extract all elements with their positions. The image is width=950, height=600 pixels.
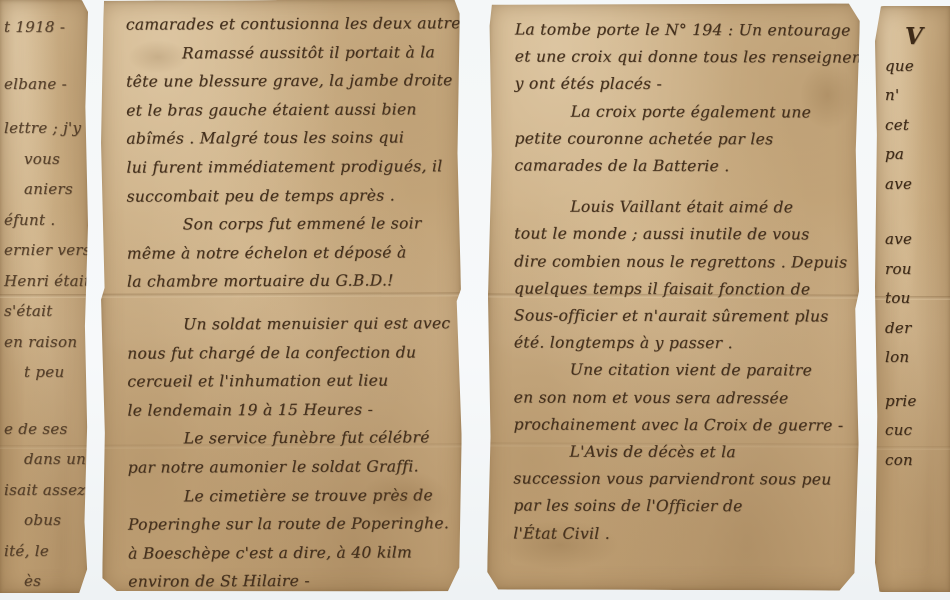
- handwritten-line: ernier vers: [4, 235, 88, 266]
- handwritten-line: quelques temps il faisait fonction de: [514, 275, 851, 303]
- handwritten-line: rou: [885, 255, 950, 285]
- handwritten-line: par notre aumonier le soldat Graffi.: [128, 452, 452, 482]
- handwritten-line: succession vous parviendront sous peu: [513, 466, 850, 494]
- handwritten-line: Une citation vient de paraitre: [514, 357, 851, 385]
- handwritten-line: dire combien nous le regrettons . Depuis: [514, 248, 851, 276]
- handwritten-line: en son nom et vous sera adressée: [514, 384, 851, 412]
- letter-page-two: camarades et contusionna les deux autres…: [100, 0, 463, 593]
- handwritten-line: tout le monde ; aussi inutile de vous: [514, 221, 851, 249]
- handwritten-line: aniers: [4, 174, 88, 205]
- handwritten-line: éfunt .: [4, 205, 88, 236]
- handwritten-line: camarades de la Batterie .: [514, 153, 851, 181]
- handwritten-line: nous fut chargé de la confection du: [127, 338, 451, 368]
- handwritten-line: elbane -: [4, 69, 88, 100]
- handwritten-line: Le service funèbre fut célébré: [128, 424, 452, 454]
- handwritten-line: cuc: [885, 416, 950, 446]
- handwritten-line: petite couronne achetée par les: [514, 125, 851, 153]
- handwritten-line: dans une: [4, 444, 88, 475]
- handwritten-line: la chambre mortuaire du G.B.D.!: [127, 267, 451, 297]
- handwritten-line: Ramassé aussitôt il portait à la: [126, 38, 450, 68]
- letter-page-three: La tombe porte le N° 194 : Un entouragee…: [487, 2, 860, 590]
- letter-page-left-cropped: t 1918 -elbane -lettre ; j'yvousanierséf…: [0, 0, 88, 593]
- handwritten-line: ité, le: [4, 536, 88, 567]
- handwritten-line: lon: [885, 343, 950, 373]
- handwritten-line: Poperinghe sur la route de Poperinghe.: [128, 509, 452, 539]
- handwritten-line: y ont étés placés -: [515, 71, 852, 99]
- handwritten-line: Son corps fut emmené le soir: [127, 209, 451, 239]
- handwritten-line: La tombe porte le N° 194 : Un entourage: [515, 17, 852, 45]
- handwritten-text-block: camarades et contusionna les deux autres…: [100, 0, 463, 597]
- handwritten-line: succombait peu de temps après .: [127, 181, 451, 211]
- handwritten-line: Le cimetière se trouve près de: [128, 481, 452, 511]
- handwritten-line: prochainement avec la Croix de guerre -: [514, 411, 851, 439]
- handwritten-line: par les soins de l'Officier de: [513, 493, 850, 521]
- handwritten-line: camarades et contusionna les deux autres…: [126, 9, 450, 39]
- handwritten-line: con: [885, 446, 950, 476]
- handwritten-line: Louis Vaillant était aimé de: [514, 194, 851, 222]
- handwritten-line: V: [885, 22, 950, 52]
- handwritten-line: der: [885, 314, 950, 344]
- handwritten-line: lettre ; j'y: [4, 113, 88, 144]
- handwritten-line: cercueil et l'inhumation eut lieu: [127, 366, 451, 396]
- handwritten-line: La croix porte également une: [515, 98, 852, 126]
- letter-page-right-cropped: Vquen'cetpaaveaveroutouderlonpriecuccon: [875, 6, 950, 592]
- handwritten-line: Henri était: [4, 266, 88, 297]
- handwritten-line: Un soldat menuisier qui est avec: [127, 309, 451, 339]
- handwritten-line: lui furent immédiatement prodigués, il: [126, 152, 450, 182]
- handwritten-line: que: [885, 52, 950, 82]
- handwritten-line: n': [885, 81, 950, 111]
- handwritten-line: Sous-officier et n'aurait sûrement plus: [514, 303, 851, 331]
- handwritten-line: obus: [4, 505, 88, 536]
- handwritten-line: et une croix qui donne tous les renseign…: [515, 44, 852, 72]
- handwritten-line: abîmés . Malgré tous les soins qui: [126, 124, 450, 154]
- handwritten-line: t 1918 -: [4, 12, 88, 43]
- handwritten-line: prie: [885, 387, 950, 417]
- handwritten-text-block: La tombe porte le N° 194 : Un entouragee…: [487, 2, 860, 548]
- handwritten-line: tête une blessure grave, la jambe droite: [126, 66, 450, 96]
- handwritten-line: pa: [885, 140, 950, 170]
- handwritten-line: cet: [885, 111, 950, 141]
- handwritten-line: et le bras gauche étaient aussi bien: [126, 95, 450, 125]
- handwritten-line: à Boeschèpe c'est a dire, à 40 kilm: [128, 538, 452, 568]
- handwritten-line: environ de St Hilaire -: [128, 567, 452, 597]
- handwritten-line: s'était: [4, 296, 88, 327]
- handwritten-line: ave: [885, 170, 950, 200]
- handwritten-line: ave: [885, 225, 950, 255]
- handwritten-line: été. longtemps à y passer .: [514, 330, 851, 358]
- handwritten-line: e de ses: [4, 414, 88, 445]
- handwritten-line: L'Avis de décès et la: [513, 439, 850, 467]
- letter-photograph: t 1918 -elbane -lettre ; j'yvousanierséf…: [0, 0, 950, 600]
- handwritten-line: le lendemain 19 à 15 Heures -: [127, 395, 451, 425]
- handwritten-line: t peu: [4, 357, 88, 388]
- handwritten-line: en raison: [4, 327, 88, 358]
- handwritten-line: même à notre échelon et déposé à: [127, 238, 451, 268]
- handwritten-line: l'État Civil .: [513, 520, 850, 548]
- handwritten-line: ès: [4, 566, 88, 597]
- handwritten-text-block: Vquen'cetpaaveaveroutouderlonpriecuccon: [875, 6, 950, 475]
- handwritten-line: tou: [885, 284, 950, 314]
- handwritten-line: isait assez: [4, 475, 88, 506]
- handwritten-line: vous: [4, 144, 88, 175]
- handwritten-text-block: t 1918 -elbane -lettre ; j'yvousanierséf…: [0, 0, 88, 597]
